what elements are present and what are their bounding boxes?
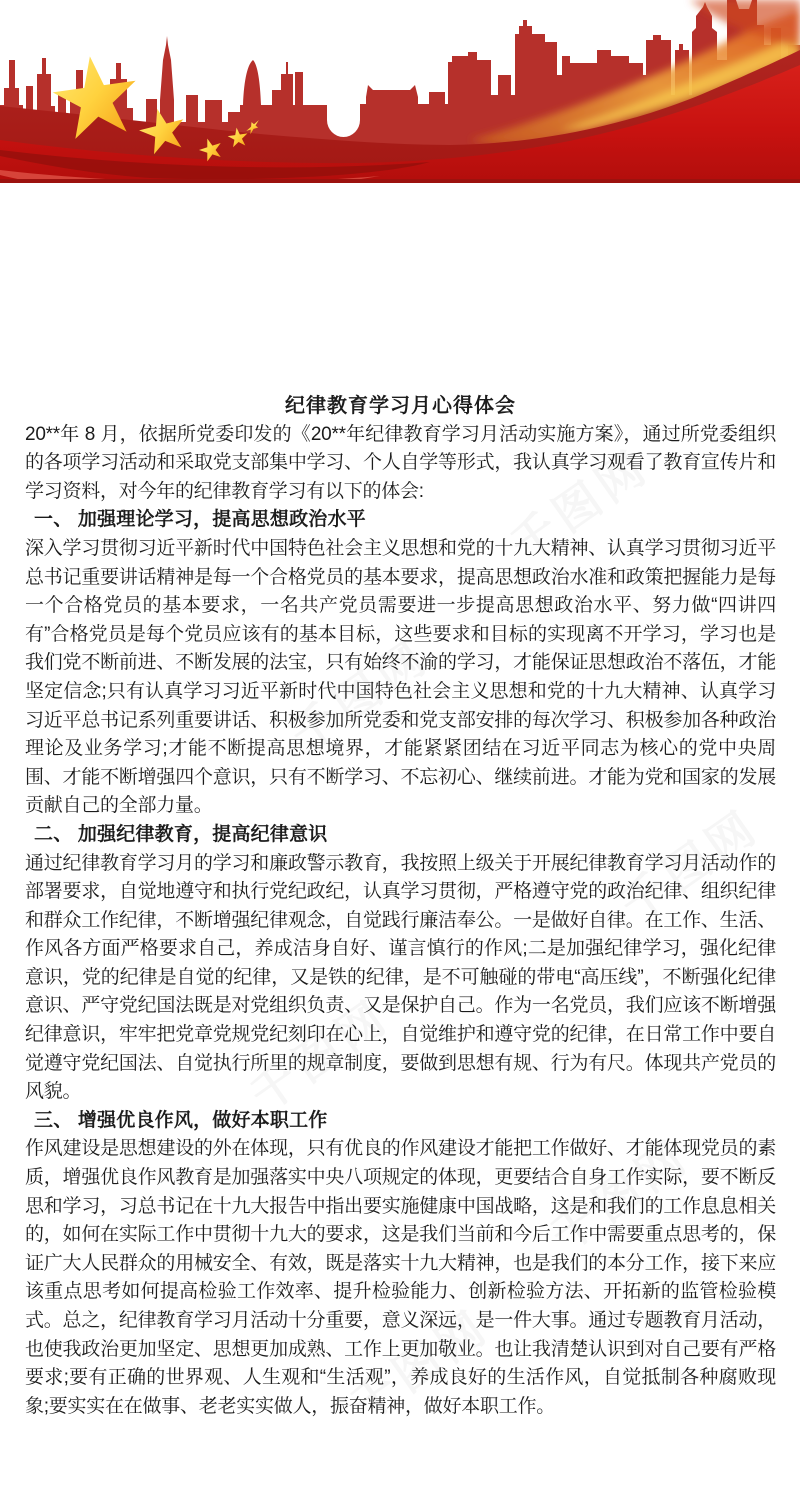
intro-paragraph: 20**年 8 月，依据所党委印发的《20**年纪律教育学习月活动实施方案》，通… [25, 421, 776, 507]
section-3-body: 作风建设是思想建设的外在体现，只有优良的作风建设才能把工作做好、才能体现党员的素… [25, 1135, 776, 1421]
document-page: 千图网 千图网 千图网 千图网 千图网 千图网 纪律教育学习月心得体会 20**… [0, 0, 800, 1503]
section-3-heading: 三、 增强优良作风，做好本职工作 [25, 1107, 776, 1136]
ribbon-bottom-edge [0, 179, 800, 183]
section-2-body: 通过纪律教育学习月的学习和廉政警示教育，我按照上级关于开展纪律教育学习月活动作的… [25, 850, 776, 1107]
header-banner [0, 0, 800, 183]
antenna-detail [286, 62, 288, 76]
document-content: 纪律教育学习月心得体会 20**年 8 月，依据所党委印发的《20**年纪律教育… [25, 392, 776, 1421]
section-1-body: 深入学习贯彻习近平新时代中国特色社会主义思想和党的十九大精神、认真学习贯彻习近平… [25, 535, 776, 821]
header-graphic [0, 0, 800, 183]
section-1-heading: 一、 加强理论学习，提高思想政治水平 [25, 506, 776, 535]
section-2-heading: 二、 加强纪律教育，提高纪律意识 [25, 821, 776, 850]
document-title: 纪律教育学习月心得体会 [25, 392, 776, 421]
